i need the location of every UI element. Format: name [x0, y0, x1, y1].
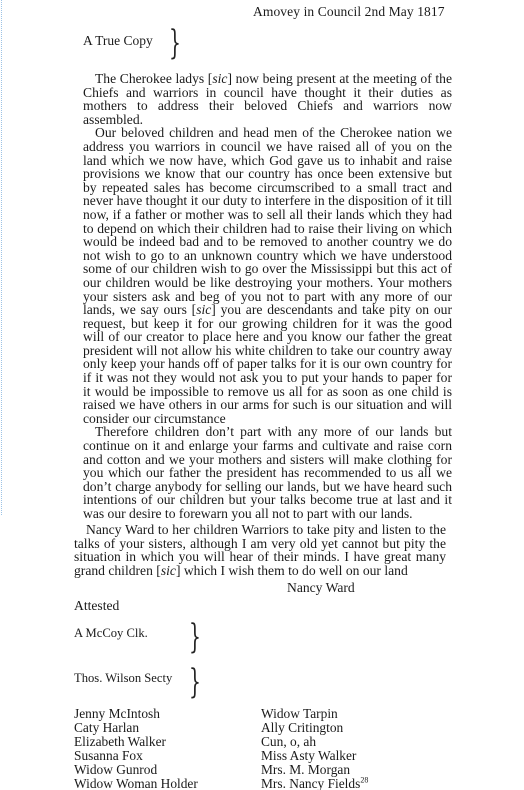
signer-name: Widow Gunrod — [74, 763, 198, 777]
brace-icon: } — [189, 620, 201, 654]
brace-icon: } — [169, 26, 181, 60]
footnote-marker[interactable]: 28 — [360, 776, 368, 785]
names-column-left: Jenny McIntosh Caty Harlan Elizabeth Wal… — [74, 707, 198, 790]
nancy-ward-statement: Nancy Ward to her children Warriors to t… — [74, 523, 446, 577]
signatory-secretary: Thos. Wilson Secty — [74, 671, 172, 686]
page-margin-guide — [1, 0, 2, 515]
signer-name: Widow Tarpin — [261, 707, 368, 721]
attested-label: Attested — [74, 598, 119, 614]
signer-name: Elizabeth Walker — [74, 735, 198, 749]
signer-name: Susanna Fox — [74, 749, 198, 763]
petition-body: The Cherokee ladys [sic] now being prese… — [83, 72, 452, 521]
signer-name: Jenny McIntosh — [74, 707, 198, 721]
petition-paragraph: Our beloved children and head men of the… — [83, 126, 452, 425]
signer-name: Ally Critington — [261, 721, 368, 735]
signer-name: Miss Asty Walker — [261, 749, 368, 763]
true-copy-label: A True Copy — [83, 33, 153, 49]
dateline: Amovey in Council 2nd May 1817 — [253, 4, 445, 20]
signatory-clerk: A McCoy Clk. — [74, 626, 148, 641]
petition-paragraph: Therefore children don’t part with any m… — [83, 425, 452, 520]
signer-name: Widow Woman Holder — [74, 777, 198, 790]
signer-name: Mrs. Nancy Fields — [261, 776, 360, 790]
petition-paragraph: The Cherokee ladys [sic] now being prese… — [83, 72, 452, 126]
signer-name: Mrs. M. Morgan — [261, 763, 368, 777]
brace-icon: } — [189, 665, 201, 699]
names-column-right: Widow Tarpin Ally Critington Cun, o, ah … — [261, 707, 368, 790]
nancy-ward-text: Nancy Ward to her children Warriors to t… — [74, 523, 446, 577]
signer-name: Caty Harlan — [74, 721, 198, 735]
signer-name: Cun, o, ah — [261, 735, 368, 749]
nancy-ward-signature: Nancy Ward — [287, 580, 355, 596]
